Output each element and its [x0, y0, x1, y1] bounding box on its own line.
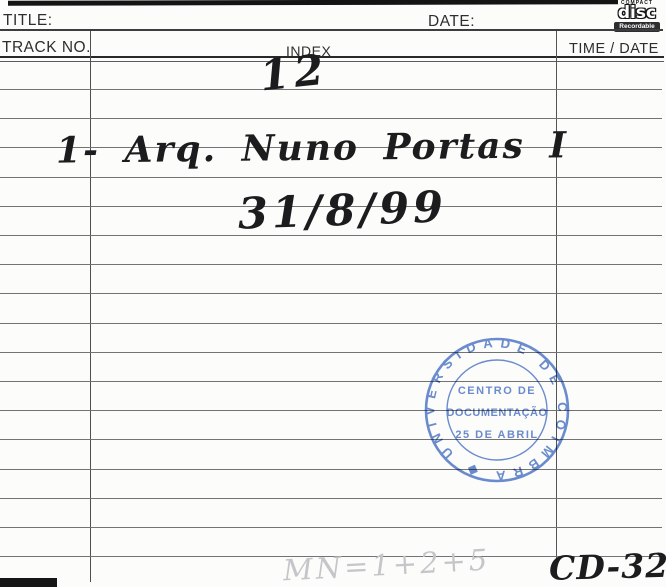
column-header-time-date: TIME / DATE [569, 41, 659, 57]
table-row-line [0, 323, 662, 324]
stamp-center-line3: 25 DE ABRIL [455, 429, 538, 441]
table-row-line [0, 264, 662, 265]
stamp-center-line2: DOCUMENTAÇÃO [446, 406, 547, 419]
header-rule-top [0, 56, 664, 58]
logo-disc-text: disc [612, 6, 662, 20]
scan-top-edge [8, 0, 618, 5]
compact-disc-recordable-logo: COMPACT disc Recordable [612, 1, 662, 32]
title-rule [0, 29, 663, 31]
table-row-line [0, 177, 662, 178]
handwritten-index-number: 12 [258, 49, 330, 98]
table-row-line [0, 118, 662, 119]
stamp-graphic: UNIVERSIDADE DE COIMBRA ◆ CENTRO DE DOCU… [422, 335, 570, 483]
column-divider-left [90, 31, 91, 582]
header-rule-bottom [0, 61, 664, 62]
stamp-center-line1: CENTRO DE [458, 385, 536, 397]
handwritten-cd-number: CD-323 [549, 548, 666, 585]
handwritten-pencil-note: MN=1+2+5 [282, 546, 491, 586]
table-row-line [0, 293, 662, 294]
university-stamp: UNIVERSIDADE DE COIMBRA ◆ CENTRO DE DOCU… [417, 330, 577, 490]
table-row-line [0, 498, 662, 499]
column-header-track-no: TRACK NO. [2, 39, 91, 57]
title-label: TITLE: [3, 12, 53, 30]
scan-bottom-corner [0, 578, 57, 587]
handwritten-title-line: 1- Arq. Nuno Portas I [56, 127, 568, 168]
table-row-line [0, 89, 662, 90]
handwritten-date-line: 31/8/99 [237, 186, 447, 236]
cd-index-card: COMPACT disc Recordable TITLE: DATE: TRA… [0, 0, 666, 587]
table-row-line [0, 527, 662, 528]
